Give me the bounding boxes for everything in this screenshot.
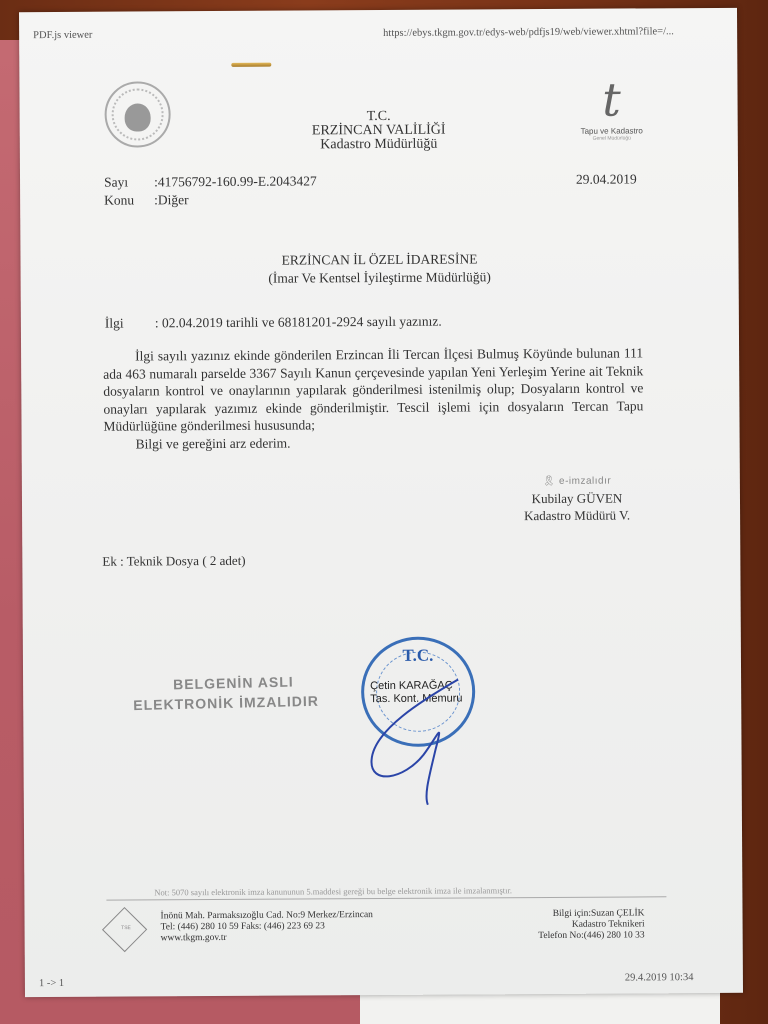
recipient-line1: ERZİNCAN İL ÖZEL İDARESİNE bbox=[20, 250, 738, 270]
handwritten-signature bbox=[363, 659, 474, 810]
ribbon-badge-icon: 🎗 bbox=[542, 476, 555, 487]
ilgi-value: : 02.04.2019 tarihli ve 68181201-2924 sa… bbox=[155, 314, 442, 332]
recipient-line2: (İmar Ve Kentsel İyileştirme Müdürlüğü) bbox=[21, 268, 739, 288]
ilgi-label: İlgi bbox=[105, 316, 124, 332]
signer-title: Kadastro Müdürü V. bbox=[492, 506, 662, 524]
sayi-label: Sayı bbox=[104, 175, 128, 191]
sayi-value: :41756792-160.99-E.2043427 bbox=[154, 173, 317, 190]
footer-address: İnönü Mah. Parmaksızoğlu Cad. No:9 Merke… bbox=[160, 910, 372, 922]
footer-info: Bilgi için:Suzan ÇELİK Kadastro Tekniker… bbox=[484, 908, 644, 942]
e-signature-label: 🎗 e-imzalıdır bbox=[492, 472, 662, 490]
underlying-paper bbox=[360, 990, 720, 1024]
konu-label: Konu bbox=[104, 193, 134, 209]
document-date: 29.04.2019 bbox=[576, 171, 637, 187]
logo-subname: Genel Müdürlüğü bbox=[577, 135, 647, 141]
logo-name: Tapu ve Kadastro bbox=[577, 126, 647, 135]
viewer-url: https://ebys.tkgm.gov.tr/edys-web/pdfjs1… bbox=[383, 26, 674, 39]
gray-stamp-line2: ELEKTRONİK İMZALIDIR bbox=[133, 693, 319, 713]
info-phone: Telefon No:(446) 280 10 33 bbox=[485, 930, 645, 942]
signer-name: Kubilay GÜVEN bbox=[492, 489, 662, 507]
footer-contact: İnönü Mah. Parmaksızoğlu Cad. No:9 Merke… bbox=[160, 910, 373, 944]
document-page: PDF.js viewer https://ebys.tkgm.gov.tr/e… bbox=[19, 8, 743, 997]
footer-esign-note: Not: 5070 sayılı elektronik imza kanunun… bbox=[154, 885, 512, 897]
staple bbox=[231, 63, 271, 67]
body-paragraph: İlgi sayılı yazınız ekinde gönderilen Er… bbox=[103, 344, 644, 435]
viewer-title: PDF.js viewer bbox=[33, 30, 92, 41]
signature-block: 🎗 e-imzalıdır Kubilay GÜVEN Kadastro Müd… bbox=[492, 472, 662, 524]
gray-stamp-line1: BELGENİN ASLI bbox=[173, 673, 294, 692]
print-timestamp: 29.4.2019 10:34 bbox=[625, 972, 694, 983]
page-indicator: 1 -> 1 bbox=[39, 978, 64, 989]
body-closing: Bilgi ve gereğini arz ederim. bbox=[104, 432, 644, 453]
footer-quality-logo-icon: TSE bbox=[102, 907, 147, 952]
tapu-kadastro-logo-icon: t Tapu ve Kadastro Genel Müdürlüğü bbox=[576, 74, 646, 154]
footer-web: www.tkgm.gov.tr bbox=[161, 932, 373, 944]
konu-value: :Diğer bbox=[154, 192, 189, 208]
attachment-line: Ek : Teknik Dosya ( 2 adet) bbox=[102, 553, 245, 570]
letter-body: İlgi sayılı yazınız ekinde gönderilen Er… bbox=[103, 344, 644, 452]
